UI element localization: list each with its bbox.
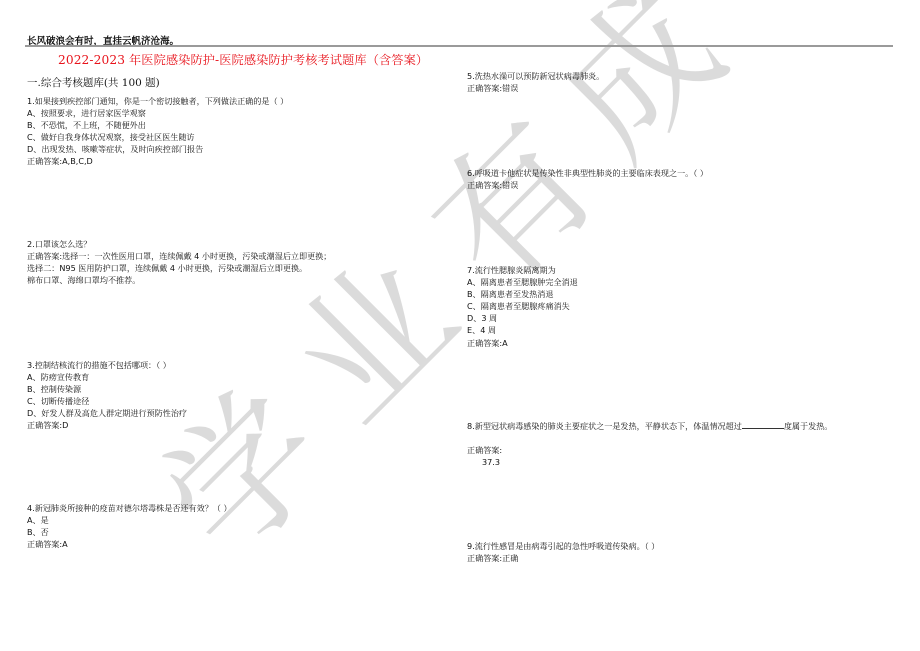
document-title: 2022-2023 年医院感染防护-医院感染防护考核考试题库（含答案） — [58, 51, 428, 68]
question-stem: 1.如果接到疾控部门通知，你是一个密切接触者，下列做法正确的是（ ） — [27, 95, 288, 107]
option-a: A、防痨宣传教育 — [27, 371, 187, 383]
question-stem-before-blank: 8.新型冠状病毒感染的肺炎主要症状之一是发热，平静状态下，体温情况超过 — [467, 421, 742, 431]
option-c: C、切断传播途径 — [27, 395, 187, 407]
question-stem: 3.控制结核流行的措施不包括哪项：（ ） — [27, 359, 187, 371]
answer-continuation: 棉布口罩、海绵口罩均不推荐。 — [27, 274, 331, 286]
option-b: B、控制传染源 — [27, 383, 187, 395]
correct-answer: 正确答案:错误 — [467, 82, 604, 94]
question-3: 3.控制结核流行的措施不包括哪项：（ ） A、防痨宣传教育 B、控制传染源 C、… — [27, 359, 187, 432]
question-stem: 2.口罩该怎么选？ — [27, 238, 331, 250]
correct-answer: 正确答案:A — [467, 337, 578, 349]
question-9: 9.流行性感冒是由病毒引起的急性呼吸道传染病。（ ） 正确答案:正确 — [467, 540, 659, 564]
question-stem: 9.流行性感冒是由病毒引起的急性呼吸道传染病。（ ） — [467, 540, 659, 552]
option-b: B、否 — [27, 526, 232, 538]
question-stem: 6.呼吸道卡他症状是传染性非典型性肺炎的主要临床表现之一。（ ） — [467, 167, 708, 179]
question-1: 1.如果接到疾控部门通知，你是一个密切接触者，下列做法正确的是（ ） A、按照要… — [27, 95, 288, 168]
option-c: C、做好自我身体状况观察，接受社区医生随访 — [27, 131, 288, 143]
option-e: E、4 周 — [467, 324, 578, 336]
option-b: B、隔离患者至发热消退 — [467, 288, 578, 300]
option-d: D、好发人群及高危人群定期进行预防性治疗 — [27, 407, 187, 419]
question-8: 8.新型冠状病毒感染的肺炎主要症状之一是发热，平静状态下，体温情况超过度属于发热… — [467, 420, 832, 468]
correct-answer: 正确答案:A,B,C,D — [27, 155, 288, 167]
option-c: C、隔离患者至腮腺疼痛消失 — [467, 300, 578, 312]
question-2: 2.口罩该怎么选？ 正确答案:选择一：一次性医用口罩，连续佩戴 4 小时更换，污… — [27, 238, 331, 286]
option-a: A、隔离患者至腮腺肿完全消退 — [467, 276, 578, 288]
option-a: A、是 — [27, 514, 232, 526]
question-stem: 8.新型冠状病毒感染的肺炎主要症状之一是发热，平静状态下，体温情况超过度属于发热… — [467, 420, 832, 432]
question-7: 7.流行性腮腺炎隔离期为 A、隔离患者至腮腺肿完全消退 B、隔离患者至发热消退 … — [467, 264, 578, 349]
question-stem: 5.洗热水澡可以预防新冠状病毒肺炎。 — [467, 70, 604, 82]
option-a: A、按照要求，进行居家医学观察 — [27, 107, 288, 119]
correct-answer-value: 37.3 — [467, 456, 832, 468]
correct-answer: 正确答案:A — [27, 538, 232, 550]
section-title: 一.综合考核题库(共 100 题) — [27, 75, 160, 90]
question-4: 4.新冠肺炎所接种的疫苗对德尔塔毒株是否还有效？（ ） A、是 B、否 正确答案… — [27, 502, 232, 550]
fill-in-blank — [742, 420, 784, 429]
document-page: 学 业 有 成 长风破浪会有时，直挂云帆济沧海。 2022-2023 年医院感染… — [0, 0, 920, 651]
correct-answer: 正确答案:正确 — [467, 552, 659, 564]
question-6: 6.呼吸道卡他症状是传染性非典型性肺炎的主要临床表现之一。（ ） 正确答案:错误 — [467, 167, 708, 191]
header-divider — [25, 45, 893, 47]
question-stem: 7.流行性腮腺炎隔离期为 — [467, 264, 578, 276]
correct-answer: 正确答案:错误 — [467, 179, 708, 191]
question-stem: 4.新冠肺炎所接种的疫苗对德尔塔毒株是否还有效？（ ） — [27, 502, 232, 514]
question-stem-after-blank: 度属于发热。 — [784, 421, 833, 431]
correct-answer-label: 正确答案: — [467, 444, 832, 456]
correct-answer: 正确答案:选择一：一次性医用口罩，连续佩戴 4 小时更换，污染或潮湿后立即更换； — [27, 250, 331, 262]
spacer — [467, 432, 832, 444]
option-d: D、3 周 — [467, 312, 578, 324]
option-d: D、出现发热、咳嗽等症状，及时向疾控部门报告 — [27, 143, 288, 155]
option-b: B、不恐慌，不上班，不随便外出 — [27, 119, 288, 131]
question-5: 5.洗热水澡可以预防新冠状病毒肺炎。 正确答案:错误 — [467, 70, 604, 94]
answer-continuation: 选择二：N95 医用防护口罩，连续佩戴 4 小时更换，污染或潮湿后立即更换。 — [27, 262, 331, 274]
correct-answer: 正确答案:D — [27, 419, 187, 431]
